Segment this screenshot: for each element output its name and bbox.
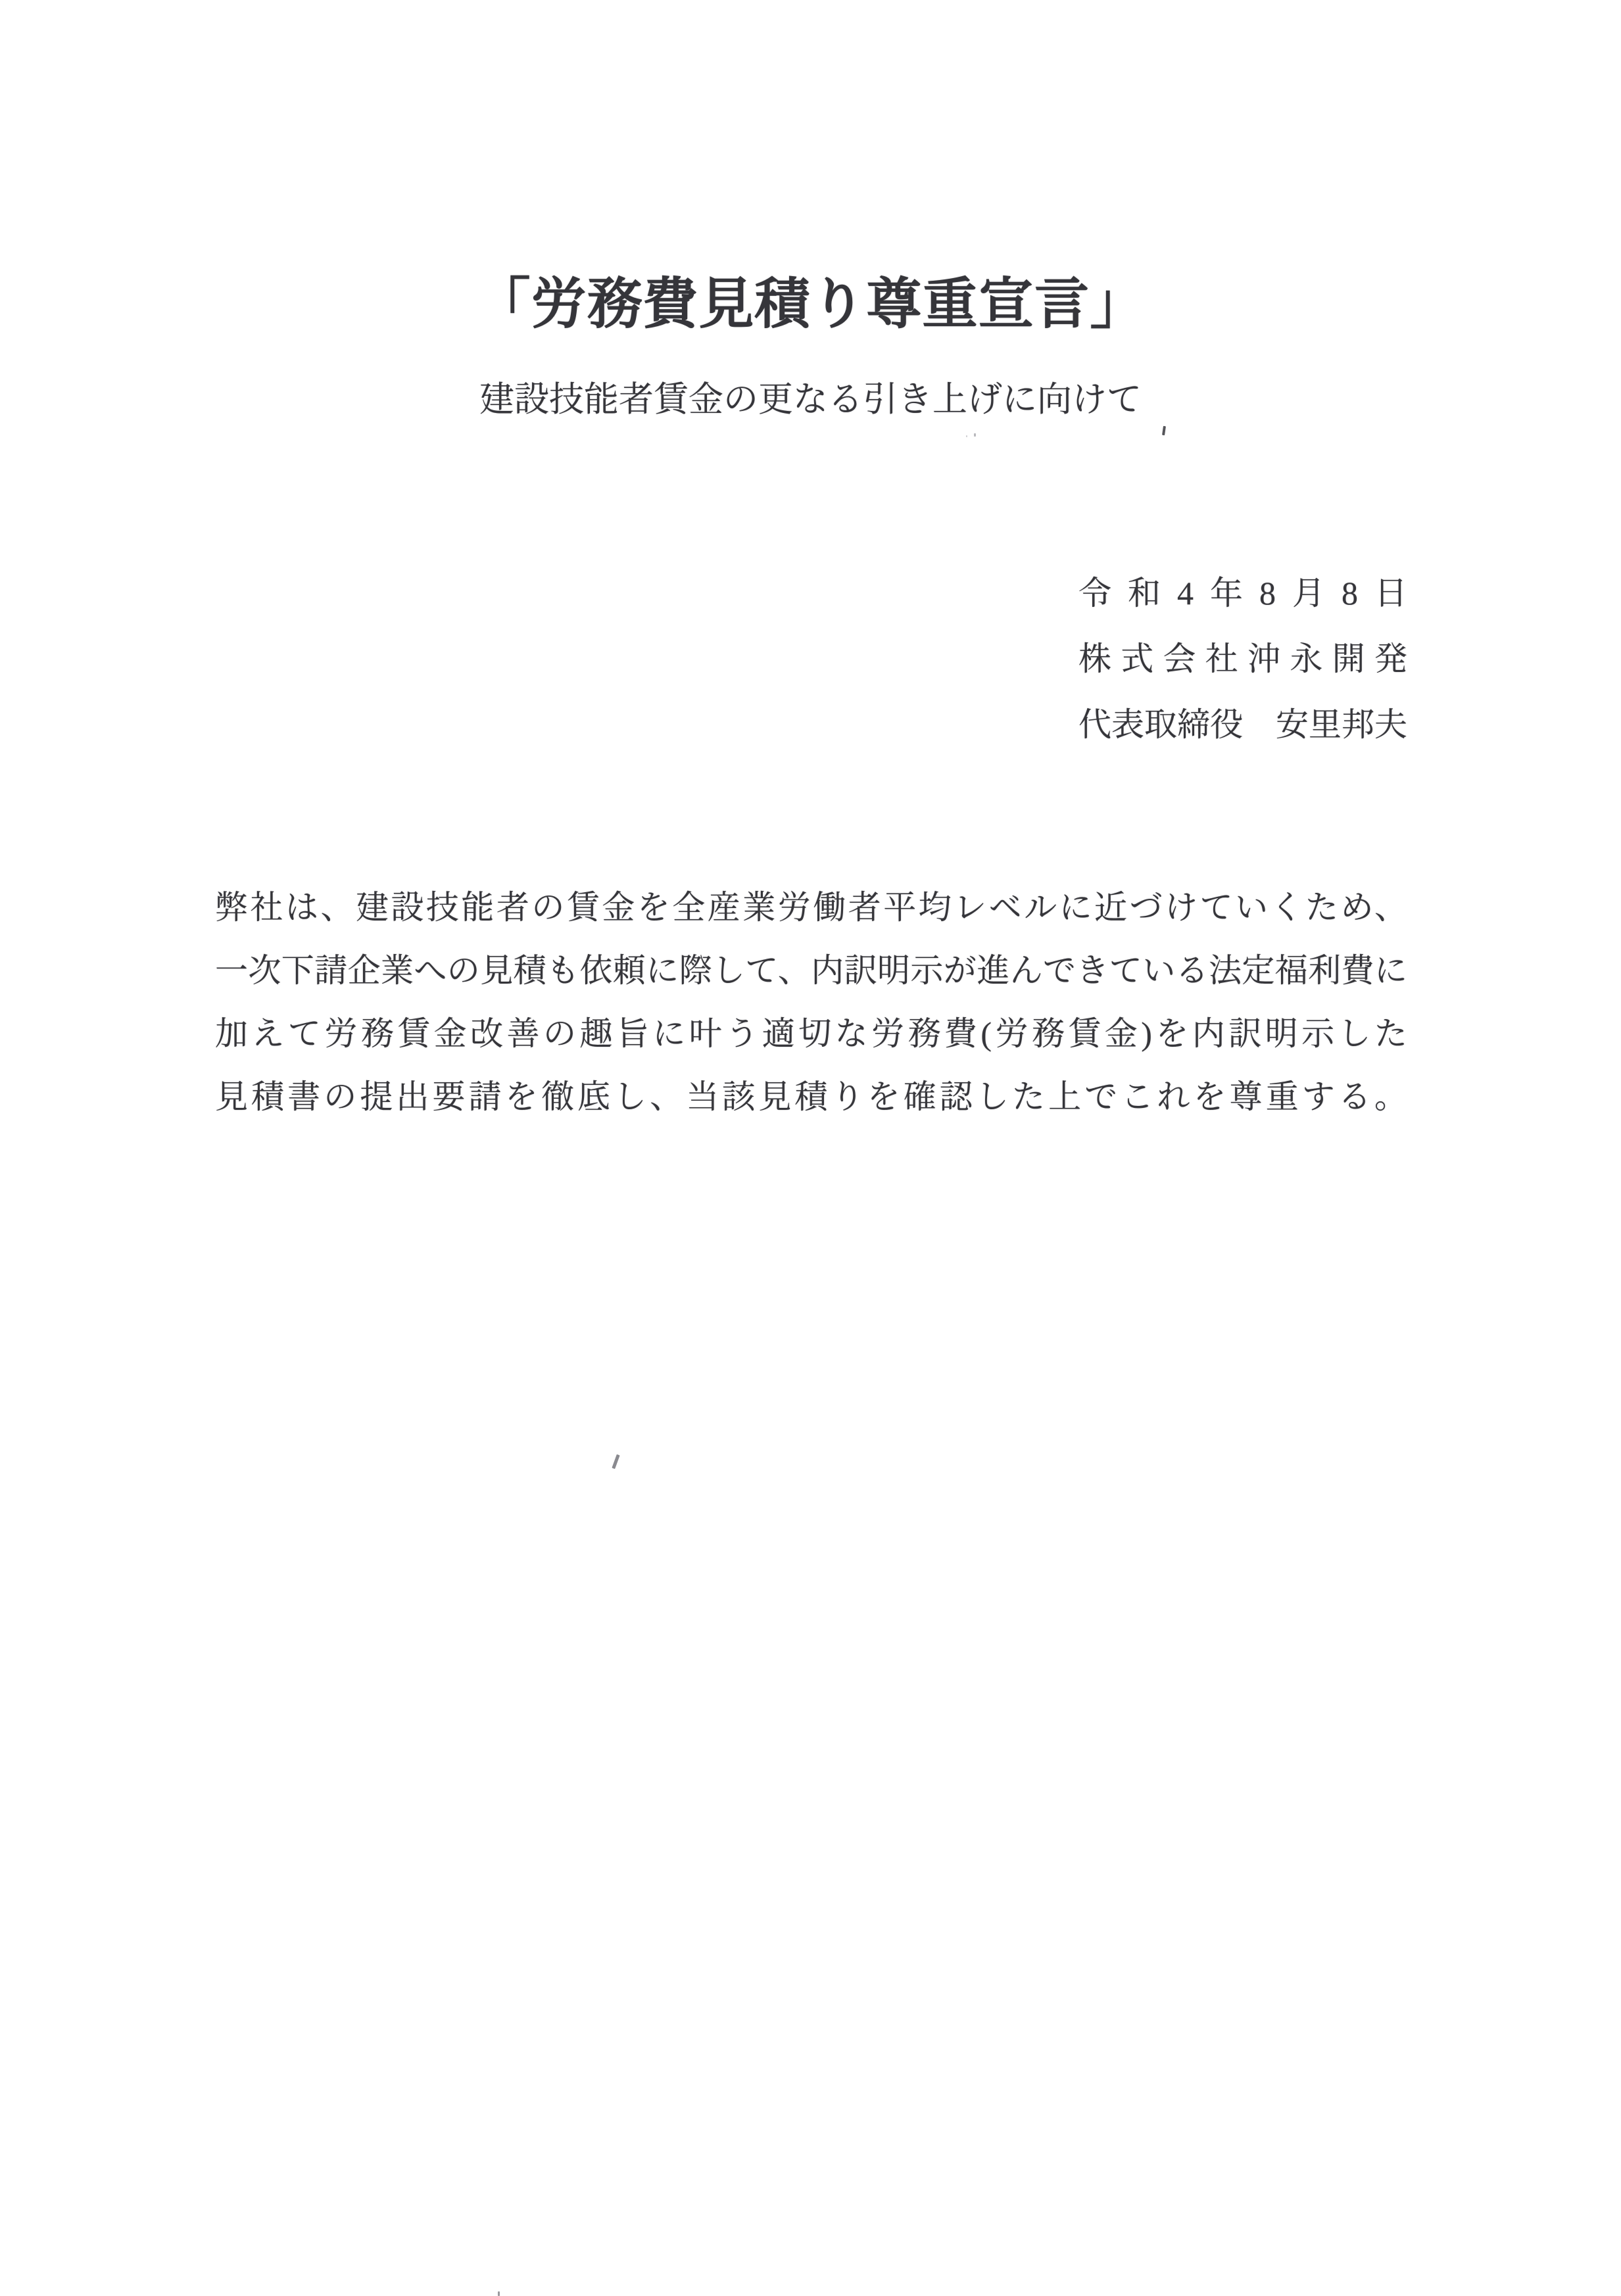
document-page: 「労務費見積り尊重宣言」 建設技能者賃金の更なる引き上げに向けて 令和4年8月8… (0, 0, 1621, 2296)
signature-block: 令和4年8月8日 株式会社沖永開発 代表取締役 安里邦夫 (1078, 560, 1407, 757)
body-line-3: 加えて労務賃金改善の趣旨に叶う適切な労務費(労務賃金)を内訳明示した (215, 1002, 1407, 1065)
body-line-1: 弊社は、建設技能者の賃金を全産業労働者平均レベルに近づけていくため、 (215, 876, 1407, 939)
signature-company: 株式会社沖永開発 (1078, 626, 1407, 692)
scan-speck (1162, 426, 1166, 435)
signature-representative: 代表取締役 安里邦夫 (1078, 692, 1407, 757)
signature-date: 令和4年8月8日 (1078, 560, 1407, 626)
body-line-4: 見積書の提出要請を徹底し、当該見積りを確認した上でこれを尊重する。 (215, 1065, 1407, 1128)
document-subtitle: 建設技能者賃金の更なる引き上げに向けて (0, 380, 1621, 420)
document-title: 「労務費見積り尊重宣言」 (0, 275, 1621, 335)
scan-speck (612, 1454, 619, 1469)
scan-speck (498, 2291, 500, 2296)
body-paragraph: 弊社は、建設技能者の賃金を全産業労働者平均レベルに近づけていくため、 一次下請企… (215, 876, 1407, 1128)
body-line-2: 一次下請企業への見積も依頼に際して、内訳明示が進んできている法定福利費に (215, 939, 1407, 1002)
scan-speck (974, 433, 976, 437)
scan-speck (966, 435, 967, 437)
